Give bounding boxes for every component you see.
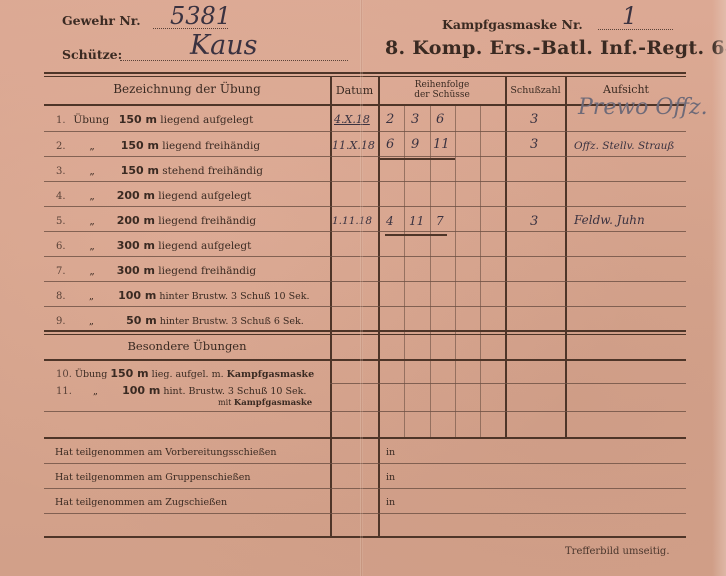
row-prefix: Übung [75, 369, 107, 380]
row-rule [44, 256, 686, 257]
row-2-shot-3: 11 [433, 137, 450, 152]
row-rule [330, 383, 686, 384]
participation-group-label: Hat teilgenommen am Gruppenschießen [55, 472, 251, 483]
row-rule [44, 306, 686, 307]
column-header-sequence: Reihenfolge der Schüsse [379, 80, 505, 100]
gasmask-number-label: Kampfgasmaske Nr. [442, 17, 583, 32]
row-1-shot-2: 3 [411, 112, 419, 127]
row-prefix: „ [89, 190, 113, 202]
row-1-date: 4.X.18 [334, 113, 370, 126]
row-description: hint. Brustw. 3 Schuß 10 Sek. [163, 386, 306, 397]
row-2-shot-2: 9 [411, 137, 419, 152]
row-1-shot-3: 6 [436, 112, 444, 127]
rifle-number-label: Gewehr Nr. [62, 13, 141, 28]
row-5-shot-2: 11 [409, 214, 424, 228]
row-number: 5. [56, 216, 86, 227]
row-description-2-bold: Kampfgasmaske [234, 398, 312, 408]
row-prefix: Übung [73, 114, 115, 126]
column-header-sequence-line1: Reihenfolge [379, 80, 505, 90]
special-header-rule [44, 359, 686, 361]
top-rule [44, 72, 686, 74]
row-distance: 50 m [126, 314, 157, 327]
participation-platoon-label: Hat teilgenommen am Zugschießen [55, 497, 227, 508]
participation-preparation-label: Hat teilgenommen am Vorbereitungsschieße… [55, 447, 277, 458]
row-number: 9. [56, 316, 86, 327]
sequence-underline [385, 234, 447, 236]
row-description-2: mit [218, 398, 231, 407]
row-description: liegend aufgelegt [158, 190, 251, 202]
row-rule [44, 488, 686, 489]
row-rule [44, 131, 686, 132]
table-row: 1. Übung 150 m liegend aufgelegt [56, 113, 330, 126]
row-1-supervision: Prewo Offz. [578, 95, 708, 120]
row-1-shot-count: 3 [530, 112, 538, 127]
table-row: 7. „ 300 m liegend freihändig [56, 264, 330, 277]
special-row-10: 10. Übung 150 m lieg. aufgel. m. Kampfga… [56, 367, 314, 380]
row-distance: 150 m [110, 367, 148, 380]
row-distance: 100 m [118, 289, 156, 302]
row-distance: 300 m [117, 264, 155, 277]
row-rule [44, 463, 686, 464]
row-prefix: „ [89, 240, 113, 252]
row-prefix: „ [89, 215, 113, 227]
column-header-date: Datum [331, 84, 378, 97]
table-row: 9. „ 50 m hinter Brustw. 3 Schuß 6 Sek. [56, 314, 330, 327]
gasmask-number-value: 1 [622, 2, 637, 30]
shooter-label: Schütze: [62, 47, 122, 62]
row-prefix: „ [89, 165, 117, 177]
row-rule [44, 206, 686, 207]
row-rule [44, 513, 686, 514]
row-2-supervision: Offz. Stellv. Strauß [574, 140, 674, 152]
row-rule [44, 411, 686, 412]
section-rule-thin [44, 334, 686, 335]
row-distance: 200 m [117, 189, 155, 202]
row-2-date: 11.X.18 [332, 139, 375, 152]
paper-fold [360, 0, 363, 576]
table-row: 4. „ 200 m liegend aufgelegt [56, 189, 330, 202]
row-1-shot-1: 2 [386, 112, 394, 127]
row-description: liegend freihändig [158, 215, 256, 227]
row-5-shot-1: 4 [386, 214, 394, 228]
participation-platoon-in: in [386, 497, 395, 508]
row-prefix: „ [89, 140, 117, 152]
column-header-shot-count: Schußzahl [506, 85, 565, 96]
row-number: 2. [56, 141, 86, 152]
row-description: liegend freihändig [158, 265, 256, 277]
special-row-11: 11. „ 100 m hint. Brustw. 3 Schuß 10 Sek… [56, 384, 306, 397]
column-header-sequence-line2: der Schüsse [379, 90, 505, 100]
row-description: liegend aufgelegt [158, 240, 251, 252]
row-description: liegend aufgelegt [160, 114, 253, 126]
table-row: 2. „ 150 m liegend freihändig [56, 139, 330, 152]
row-rule [44, 181, 686, 182]
section-rule [44, 437, 686, 439]
unit-title: 8. Komp. Ers.-Batl. Inf.-Regt. 64. [385, 37, 726, 59]
row-prefix: „ [89, 316, 123, 327]
row-description-bold: Kampfgasmaske [227, 369, 315, 380]
row-prefix: „ [89, 291, 115, 302]
column-header-exercise: Bezeichnung der Übung [44, 82, 330, 96]
row-prefix: „ [89, 265, 113, 277]
row-number: 4. [56, 191, 86, 202]
row-2-shot-count: 3 [530, 137, 538, 152]
row-distance: 150 m [121, 164, 159, 177]
row-5-supervision: Feldw. Juhn [574, 213, 645, 227]
row-number: 6. [56, 241, 86, 252]
participation-group-in: in [386, 472, 395, 483]
row-number: 7. [56, 266, 86, 277]
special-exercises-header: Besondere Übungen [44, 339, 330, 353]
row-rule [44, 156, 686, 157]
row-description: lieg. aufgel. m. [152, 369, 224, 380]
bottom-rule [44, 536, 686, 538]
row-number: 10. [56, 369, 72, 380]
row-number: 8. [56, 291, 86, 302]
row-2-shot-1: 6 [386, 137, 394, 152]
row-5-shot-3: 7 [436, 214, 444, 228]
row-description: stehend freihändig [162, 165, 263, 177]
row-description: hinter Brustw. 3 Schuß 10 Sek. [159, 291, 309, 302]
row-5-shot-count: 3 [530, 214, 538, 229]
row-distance: 300 m [117, 239, 155, 252]
row-number: 11. [56, 386, 90, 397]
row-description: hinter Brustw. 3 Schuß 6 Sek. [160, 316, 304, 327]
section-rule [44, 330, 686, 332]
paper-edge [712, 0, 726, 576]
row-number: 3. [56, 166, 86, 177]
row-rule [44, 281, 686, 282]
row-prefix: „ [93, 386, 119, 397]
table-row: 5. „ 200 m liegend freihändig [56, 214, 330, 227]
rifle-number-value: 5381 [170, 2, 231, 30]
sequence-underline [380, 158, 455, 160]
row-distance: 150 m [119, 113, 157, 126]
row-rule [44, 231, 686, 232]
table-row: 8. „ 100 m hinter Brustw. 3 Schuß 10 Sek… [56, 289, 330, 302]
footer-note: Trefferbild umseitig. [565, 546, 670, 557]
row-distance: 150 m [121, 139, 159, 152]
row-5-date: 1.11.18 [332, 215, 372, 227]
row-number: 1. [56, 115, 70, 126]
top-rule-thin [44, 76, 686, 77]
table-row: 6. „ 300 m liegend aufgelegt [56, 239, 330, 252]
shooter-name-value: Kaus [190, 30, 258, 61]
divider-sequence-left [378, 77, 380, 537]
row-distance: 100 m [122, 384, 160, 397]
row-distance: 200 m [117, 214, 155, 227]
row-description: liegend freihändig [162, 140, 260, 152]
participation-preparation-in: in [386, 447, 395, 458]
special-row-11-line2: mit Kampfgasmaske [218, 398, 312, 408]
table-row: 3. „ 150 m stehend freihändig [56, 164, 330, 177]
